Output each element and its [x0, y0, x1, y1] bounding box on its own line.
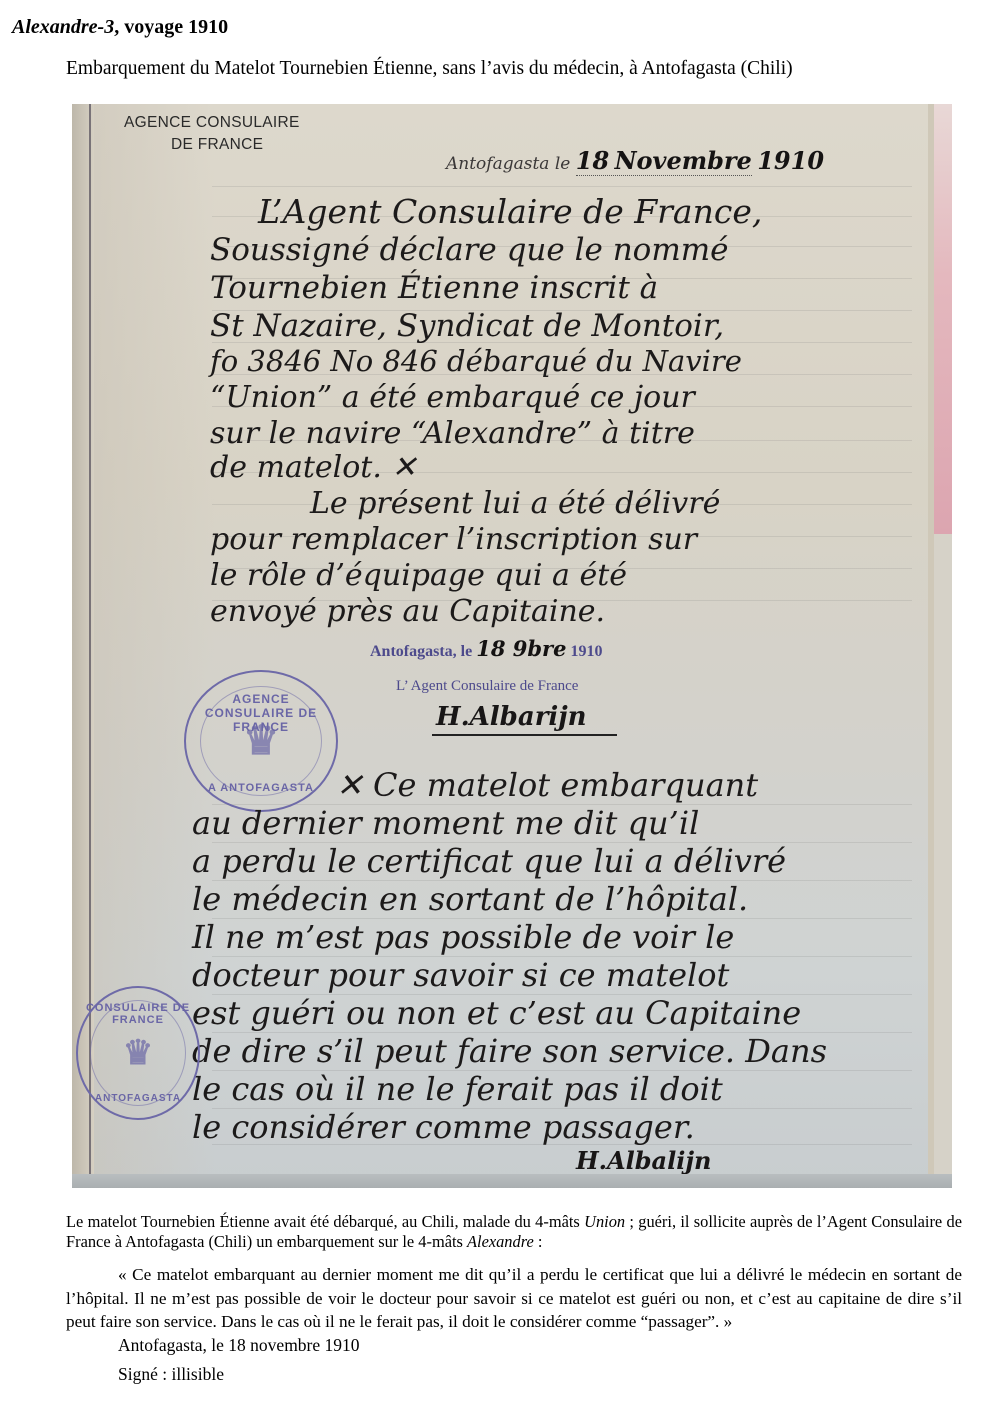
header-date-year: 1910 — [757, 146, 824, 175]
stamp-title: L’ Agent Consulaire de France — [396, 678, 578, 695]
ship-name: Alexandre-3 — [12, 16, 114, 38]
page-heading: Alexandre-3, voyage 1910 — [12, 16, 228, 39]
handwritten-line: St Nazaire, Syndicat de Montoir, — [210, 308, 724, 344]
photo-bottom-shadow — [72, 1174, 952, 1188]
heading-rest: , voyage 1910 — [114, 16, 228, 38]
postscript-line: le considérer comme passager. — [192, 1108, 695, 1146]
manuscript-photo: AGENCE CONSULAIRE DE FRANCE Antofagasta … — [72, 104, 952, 1188]
consular-seal-2: CONSULAIRE DE FRANCE ♛ ANTOFAGASTA — [76, 986, 200, 1120]
caption-text: : — [534, 1232, 543, 1251]
handwritten-line: sur le navire “Alexandre” à titre — [210, 416, 695, 451]
stamp-date-printed: Antofagasta, le — [370, 643, 472, 660]
postscript-line: Il ne m’est pas possible de voir le — [192, 918, 734, 956]
header-date-month: Novembre — [615, 146, 752, 175]
handwritten-line: fo 3846 No 846 débarqué du Navire — [210, 344, 742, 378]
signature-1: H.Albarijn — [432, 702, 617, 736]
header-date: Antofagasta le 18 Novembre 1910 — [446, 146, 824, 176]
postscript-line: est guéri ou non et c’est au Capitaine — [192, 994, 801, 1032]
transcription-quote: « Ce matelot embarquant au dernier momen… — [66, 1263, 962, 1334]
handwritten-line: pour remplacer l’inscription sur — [210, 522, 697, 557]
letterhead-line1: AGENCE CONSULAIRE — [124, 112, 300, 134]
quote-text: « Ce matelot embarquant au dernier momen… — [66, 1265, 962, 1331]
underlying-sheet-edge — [934, 534, 952, 1188]
page-subtitle: Embarquement du Matelot Tournebien Étien… — [66, 58, 793, 80]
handwritten-line: Tournebien Étienne inscrit à — [210, 270, 658, 306]
postscript-line: a perdu le certificat que lui a délivré — [192, 842, 786, 880]
caption-text: Le matelot Tournebien Étienne avait été … — [66, 1212, 584, 1231]
caption-ship-alexandre: Alexandre — [467, 1232, 534, 1251]
caption: Le matelot Tournebien Étienne avait été … — [66, 1212, 962, 1252]
postscript-line: le cas où il ne le ferait pas il doit — [192, 1070, 723, 1108]
signed-line: Signé : illisible — [118, 1364, 224, 1385]
stamp-date: Antofagasta, le 18 9bre 1910 — [370, 636, 602, 661]
postscript-line: ✕ Ce matelot embarquant — [336, 766, 758, 804]
postscript-line: docteur pour savoir si ce matelot — [192, 956, 729, 994]
pink-sheet-edge — [934, 104, 952, 534]
seal-1-ring-bottom: A ANTOFAGASTA — [186, 782, 336, 794]
handwritten-line: de matelot. ✕ — [210, 450, 417, 485]
handwritten-line: “Union” a été embarqué ce jour — [210, 380, 695, 415]
handwritten-line: le rôle d’équipage qui a été — [210, 558, 627, 593]
postscript-line: au dernier moment me dit qu’il — [192, 804, 699, 842]
header-date-day: 18 — [576, 146, 609, 175]
handwritten-line: envoyé près au Capitaine. — [210, 594, 605, 629]
seal-2-ring-top: CONSULAIRE DE FRANCE — [78, 1002, 198, 1026]
letterhead: AGENCE CONSULAIRE DE FRANCE — [124, 112, 300, 156]
header-date-printed: Antofagasta le — [446, 154, 570, 174]
handwritten-line: Soussigné déclare que le nommé — [210, 232, 728, 268]
consular-seal-1: AGENCE CONSULAIRE DE FRANCE ♛ A ANTOFAGA… — [184, 670, 338, 812]
postscript-line: de dire s’il peut faire son service. Dan… — [192, 1032, 827, 1070]
caption-ship-union: Union — [584, 1212, 625, 1231]
marianne-figure-icon: ♛ — [123, 1033, 153, 1073]
postscript-line: le médecin en sortant de l’hôpital. — [192, 880, 748, 918]
place-date: Antofagasta, le 18 novembre 1910 — [118, 1335, 360, 1356]
seal-2-ring-bottom: ANTOFAGASTA — [78, 1093, 198, 1104]
handwritten-line: Le présent lui a été délivré — [310, 486, 720, 521]
marianne-figure-icon: ♛ — [243, 718, 279, 764]
stamp-date-handwritten: 18 9bre — [476, 636, 566, 661]
stamp-date-year: 1910 — [570, 643, 602, 660]
letterhead-line2: DE FRANCE — [124, 134, 300, 156]
handwritten-line: L’Agent Consulaire de France, — [258, 192, 762, 231]
